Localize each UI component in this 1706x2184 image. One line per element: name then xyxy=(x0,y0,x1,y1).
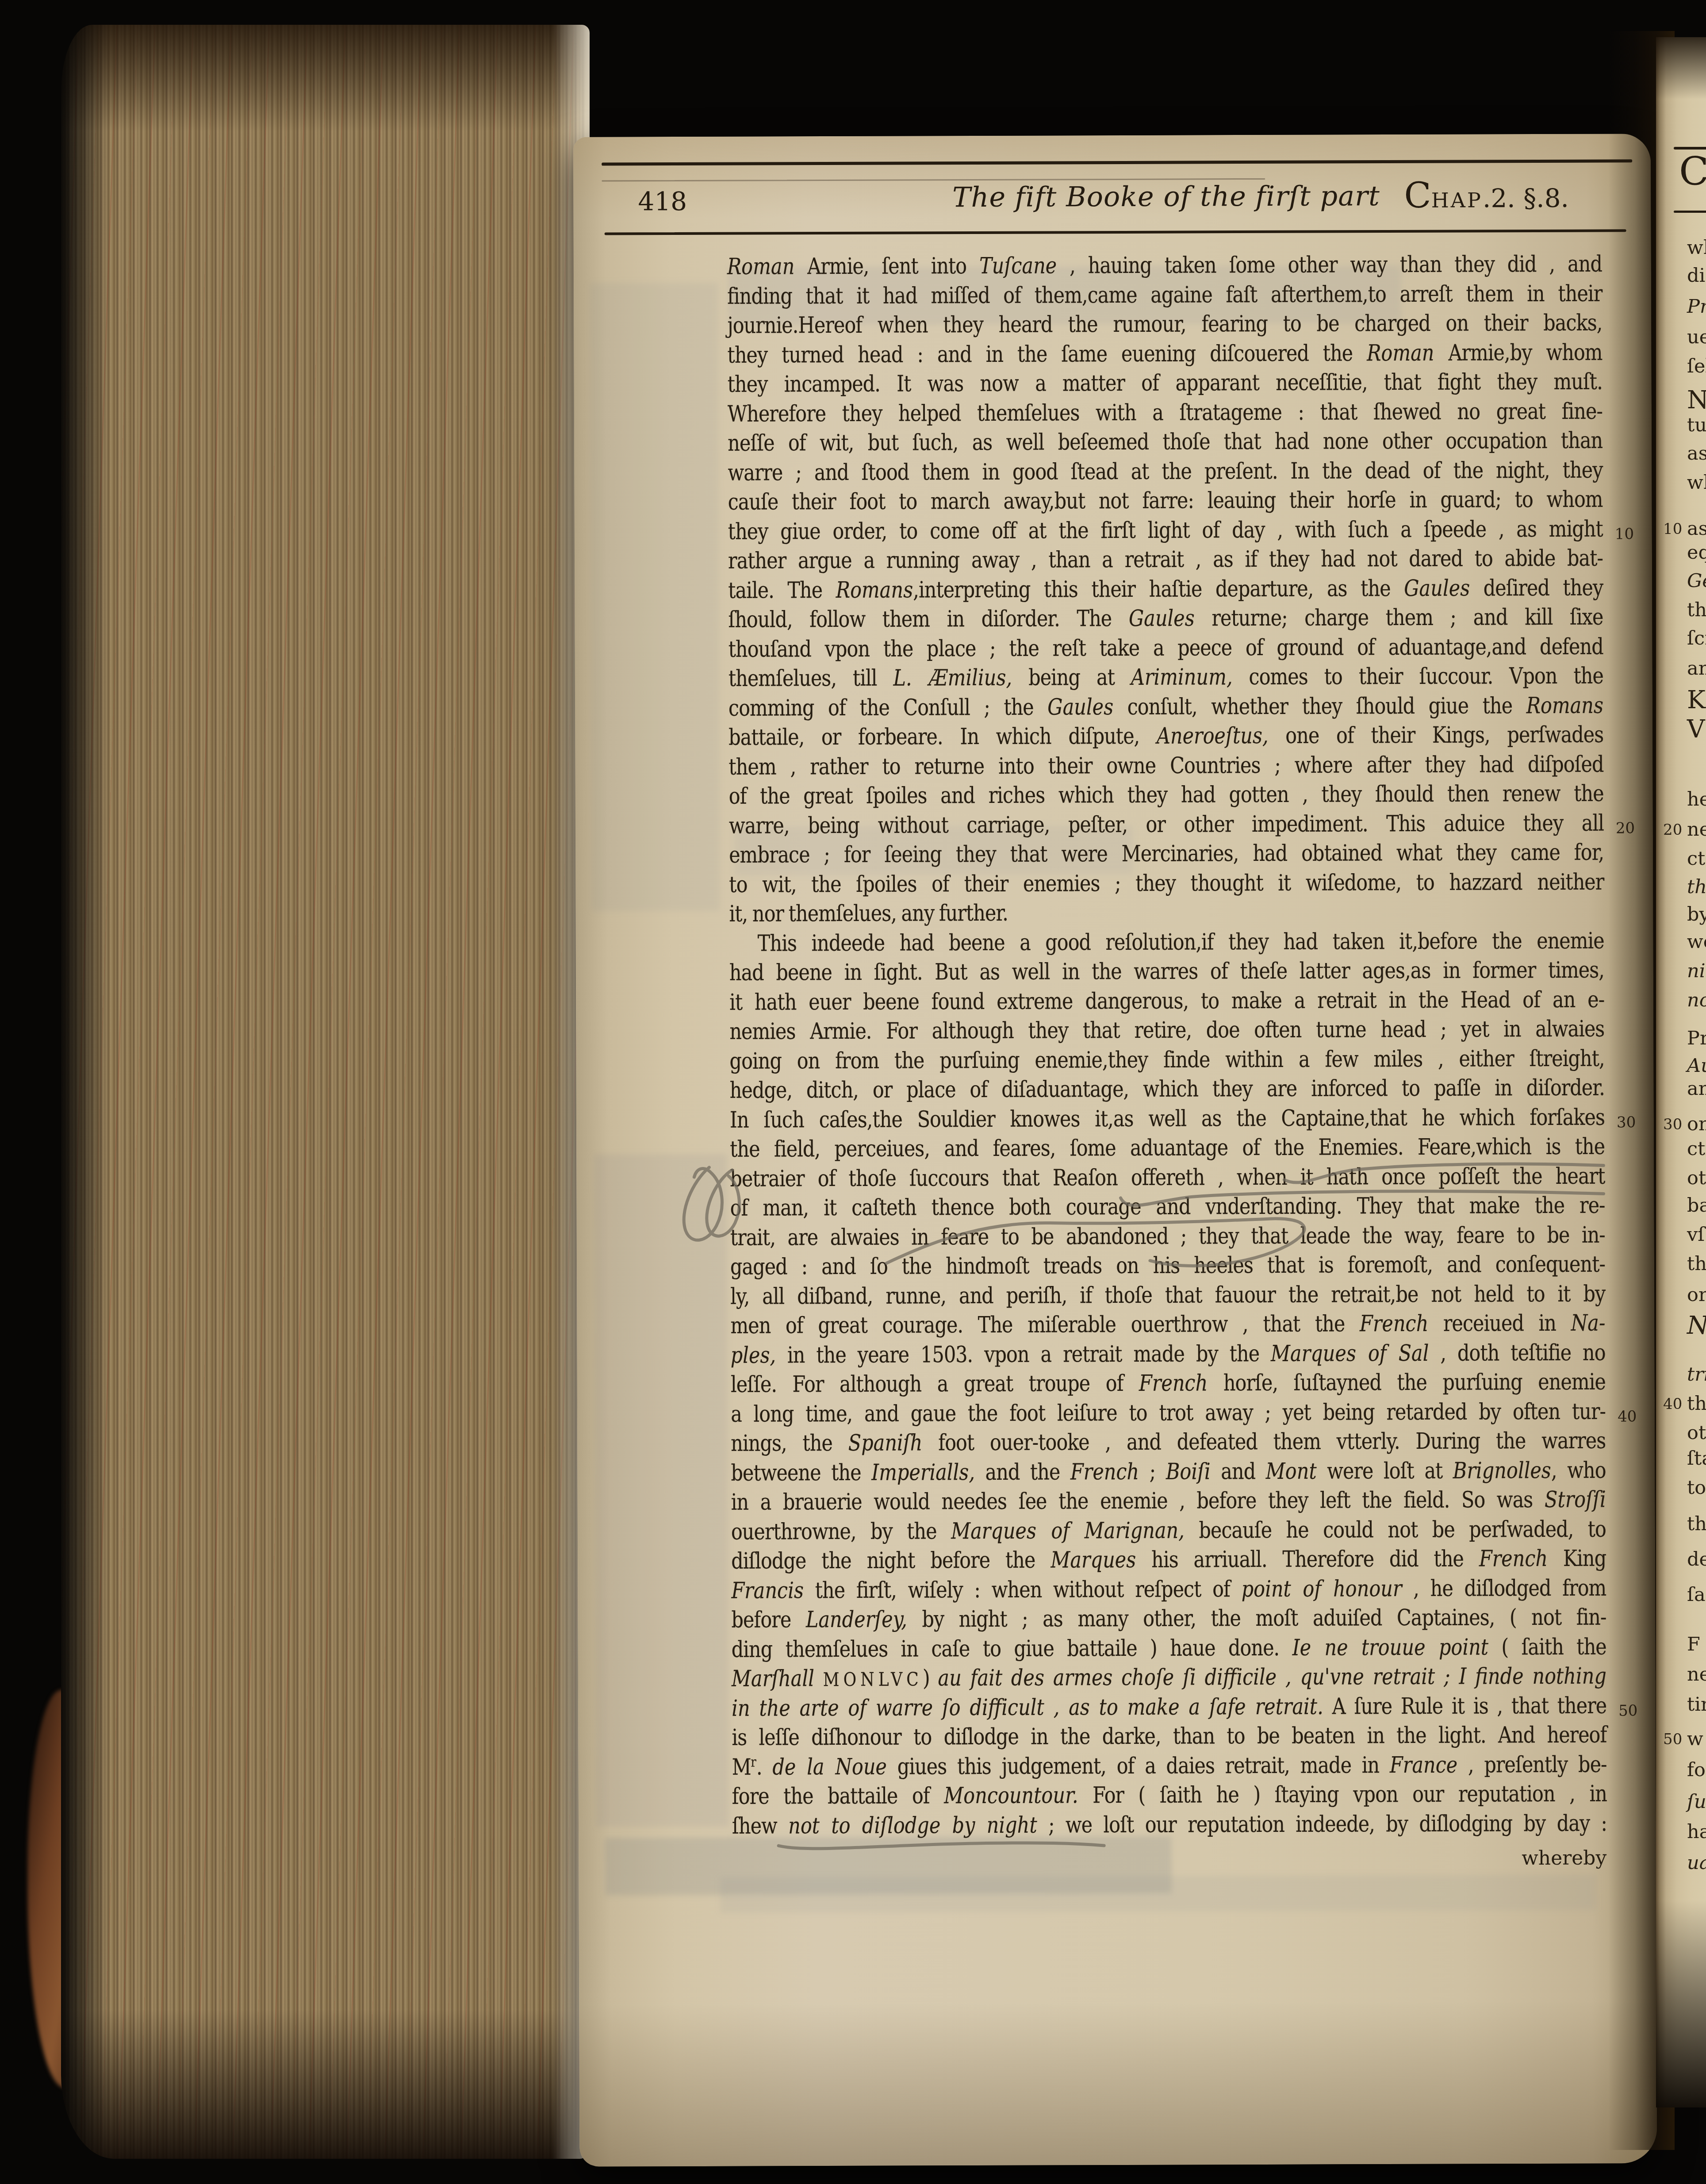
text-line: to wit, the ſpoiles of their enemies ; t… xyxy=(729,871,1604,902)
facing-text-fragment: F xyxy=(1687,1633,1700,1655)
facing-text-fragment: cto xyxy=(1687,848,1706,870)
facing-text-fragment: Geſſa xyxy=(1687,570,1706,592)
facing-margin-line-number: 50 xyxy=(1663,1731,1682,1748)
facing-text-fragment: turn xyxy=(1687,414,1706,436)
text-line: leſſe. For although a great troupe of Fr… xyxy=(731,1371,1606,1402)
text-line: neſſe of wit, but ſuch, as well beſeemed… xyxy=(728,430,1602,461)
catchword: whereby xyxy=(1330,1847,1606,1870)
text-line: Wherefore they helped themſelues with a … xyxy=(728,400,1602,431)
facing-text-fragment: fo xyxy=(1687,1759,1706,1781)
text-line: warre ; and ſtood them in good ſtead at … xyxy=(728,459,1602,490)
text-line: cauſe their foot to march away,but not f… xyxy=(728,489,1603,520)
text-line: Roman Armie, ſent into Tuſcane , hauing … xyxy=(727,253,1602,284)
facing-text-fragment: only xyxy=(1687,1113,1706,1135)
text-line: they turned head : and in the ſame eueni… xyxy=(727,342,1602,372)
text-line: the field, perceiues, and feares, ſome a… xyxy=(730,1136,1605,1167)
text-line: it hath euer beene found extreme dangero… xyxy=(729,989,1604,1020)
text-line: a long time, and gaue the foot leiſure t… xyxy=(731,1401,1606,1432)
text-line: comming of the Conſull ; the Gaules conſ… xyxy=(728,695,1603,725)
text-line: fore the battaile of Moncountour. For ( … xyxy=(732,1783,1607,1814)
text-line: ſhew not to diſlodge by night ; we loſt … xyxy=(732,1812,1607,1843)
facing-text-fragment: deep xyxy=(1687,1548,1706,1570)
facing-text-fragment: noma xyxy=(1687,989,1706,1011)
text-line: ly, all diſband, runne, and periſh, if t… xyxy=(730,1283,1605,1314)
facing-text-fragment: ne xyxy=(1687,818,1706,841)
text-line: ouerthrowne, by the Marques of Marignan,… xyxy=(731,1518,1606,1549)
text-line: battaile, or forbeare. In which diſpute,… xyxy=(728,724,1603,755)
facing-text-fragment: ſcri xyxy=(1687,627,1706,649)
facing-text-fragment: Ki xyxy=(1687,686,1706,714)
facing-margin-line-number: 30 xyxy=(1663,1116,1682,1133)
text-line: diſlodge the night before the Marques hi… xyxy=(731,1548,1606,1579)
facing-chapter-initial: C xyxy=(1679,149,1706,194)
text-line: ding themſelues in caſe to giue battaile… xyxy=(732,1636,1606,1667)
facing-header-rule-bottom xyxy=(1674,211,1706,213)
text-line: in a brauerie would needes ſee the enemi… xyxy=(731,1489,1606,1520)
text-line: nemies Armie. For although they that ret… xyxy=(729,1018,1604,1049)
text-line: hedge, ditch, or place of diſaduantage, … xyxy=(730,1077,1605,1108)
facing-text-fragment: Aug xyxy=(1687,1055,1706,1077)
facing-text-fragment: nel xyxy=(1687,1663,1706,1685)
text-line: taile. The Romans,interpreting this thei… xyxy=(728,577,1603,608)
text-line: This indeede had beene a good reſolution… xyxy=(729,930,1604,961)
facing-text-fragment: as th xyxy=(1687,518,1706,540)
facing-text-fragment: ſame xyxy=(1687,1584,1706,1606)
facing-text-fragment: Prin xyxy=(1687,296,1706,318)
text-line: finding that it had miſſed of them,came … xyxy=(727,283,1602,314)
facing-text-fragment: ha xyxy=(1687,1821,1706,1843)
text-line: is leſſe diſhonour to diſlodge in the da… xyxy=(732,1724,1606,1755)
text-line: them , rather to returne into their owne… xyxy=(728,753,1603,784)
facing-text-fragment: and xyxy=(1687,1078,1706,1100)
facing-text-fragment: w xyxy=(1687,1728,1703,1750)
facing-margin-line-number: 10 xyxy=(1663,520,1682,538)
facing-text-fragment: ued xyxy=(1687,326,1706,348)
facing-text-fragment: tha xyxy=(1687,1393,1706,1415)
facing-text-fragment: ba xyxy=(1687,1194,1706,1217)
facing-margin-line-number: 40 xyxy=(1663,1395,1682,1413)
text-line: warre, being without carriage, peſter, o… xyxy=(729,812,1604,843)
text-line: had beene in ſight. But as well in the w… xyxy=(729,960,1604,990)
facing-text-fragment: nius xyxy=(1687,960,1706,982)
facing-text-fragment: were xyxy=(1687,931,1706,953)
facing-text-fragment: by xyxy=(1687,903,1706,925)
text-line: they incamped. It was now a matter of ap… xyxy=(728,371,1602,402)
text-line: Francis the firſt, wiſely : when without… xyxy=(731,1577,1606,1608)
text-line: of man, it caſteth thence both courage a… xyxy=(730,1195,1605,1226)
facing-text-fragment: th xyxy=(1687,1253,1706,1275)
text-line: gaged : and ſo the hindmoſt treads on hi… xyxy=(730,1254,1605,1285)
facing-text-fragment: the xyxy=(1687,599,1706,621)
text-line: Marſhall MONLVC) au fait des armes choſe… xyxy=(732,1666,1606,1697)
text-line: in the arte of warre ſo difficult , as t… xyxy=(732,1695,1606,1726)
facing-text-fragment: ctio xyxy=(1687,1138,1706,1160)
facing-text-fragment: or xyxy=(1687,1284,1706,1306)
facing-text-fragment: N xyxy=(1687,386,1706,415)
text-line: rather argue a running away , than a ret… xyxy=(728,548,1603,579)
text-line: ſhould, follow them in diſorder. The Gau… xyxy=(728,606,1603,637)
text-line: Mr. de la Noue giues this judgement, of … xyxy=(732,1754,1607,1785)
text-line: before Landerſey, by night ; as many oth… xyxy=(731,1607,1606,1638)
facing-text-fragment: N xyxy=(1687,1311,1706,1340)
facing-text-fragment: othe xyxy=(1687,1422,1706,1444)
facing-text-fragment: ua xyxy=(1687,1852,1706,1874)
facing-text-fragment: oth xyxy=(1687,1167,1706,1189)
text-line: In ſuch caſes,the Souldier knowes it,as … xyxy=(730,1106,1605,1137)
facing-text-fragment: tric xyxy=(1687,1363,1706,1386)
text-line: men of great courage. The miſerable ouer… xyxy=(730,1313,1605,1343)
facing-text-fragment: as ne xyxy=(1687,442,1706,464)
facing-text-fragment: ſtan xyxy=(1687,1447,1706,1470)
facing-text-fragment: whe xyxy=(1687,237,1706,259)
facing-text-fragment: Prou xyxy=(1687,1027,1706,1049)
facing-text-fragment: to k xyxy=(1687,1477,1706,1499)
text-line: they giue order, to come off at the firſ… xyxy=(728,518,1603,549)
facing-text-fragment: equa xyxy=(1687,541,1706,564)
book-fore-edge xyxy=(61,25,590,2159)
text-line: themſelues, till L. Æmilius, being at Ar… xyxy=(728,665,1603,696)
facing-text-fragment: V xyxy=(1687,715,1705,744)
facing-text-fragment: vſ xyxy=(1687,1224,1705,1246)
text-line: betraier of thoſe ſuccours that Reaſon o… xyxy=(730,1165,1605,1196)
text-line: embrace ; for ſeeing they that were Merc… xyxy=(729,842,1604,873)
text-line: going on from the purſuing enemie,they f… xyxy=(729,1048,1604,1079)
text-line: thouſand vpon the place ; the reſt take … xyxy=(728,636,1603,667)
facing-text-fragment: he xyxy=(1687,788,1706,810)
facing-text-fragment: tin xyxy=(1687,1693,1706,1716)
text-line: nings, the Spaniſh foot ouer-tooke , and… xyxy=(731,1430,1606,1461)
text-line: journie.Hereof when they heard the rumou… xyxy=(727,312,1602,343)
text-line: of the great ſpoiles and riches which th… xyxy=(729,783,1604,814)
text-line: betweene the Imperialls, and the French … xyxy=(731,1459,1606,1490)
facing-page-edge: C whedid tPrinuedſelfNturnas newhil10as … xyxy=(1656,37,1706,2107)
facing-text-fragment: and xyxy=(1687,657,1706,679)
facing-text-fragment: ſelf xyxy=(1687,355,1706,377)
facing-text-fragment: ſu xyxy=(1687,1791,1706,1813)
facing-text-fragment: the xyxy=(1687,876,1706,898)
text-line: ples, in the yeare 1503. vpon a retrait … xyxy=(731,1342,1606,1373)
facing-text-fragment: whil xyxy=(1687,472,1706,494)
text-line: it, nor themſelues, any further. xyxy=(729,901,1604,932)
book-page: 418 The fift Booke of the firſt part CHA… xyxy=(573,134,1657,2167)
facing-margin-line-number: 20 xyxy=(1663,821,1682,839)
book-photo-canvas: { "colors":{"background":"#070605","parc… xyxy=(0,0,1706,2184)
facing-text-fragment: their xyxy=(1687,1513,1706,1535)
facing-text-fragment: did t xyxy=(1687,265,1706,287)
text-line: trait, are alwaies in feare to be abando… xyxy=(730,1224,1605,1255)
